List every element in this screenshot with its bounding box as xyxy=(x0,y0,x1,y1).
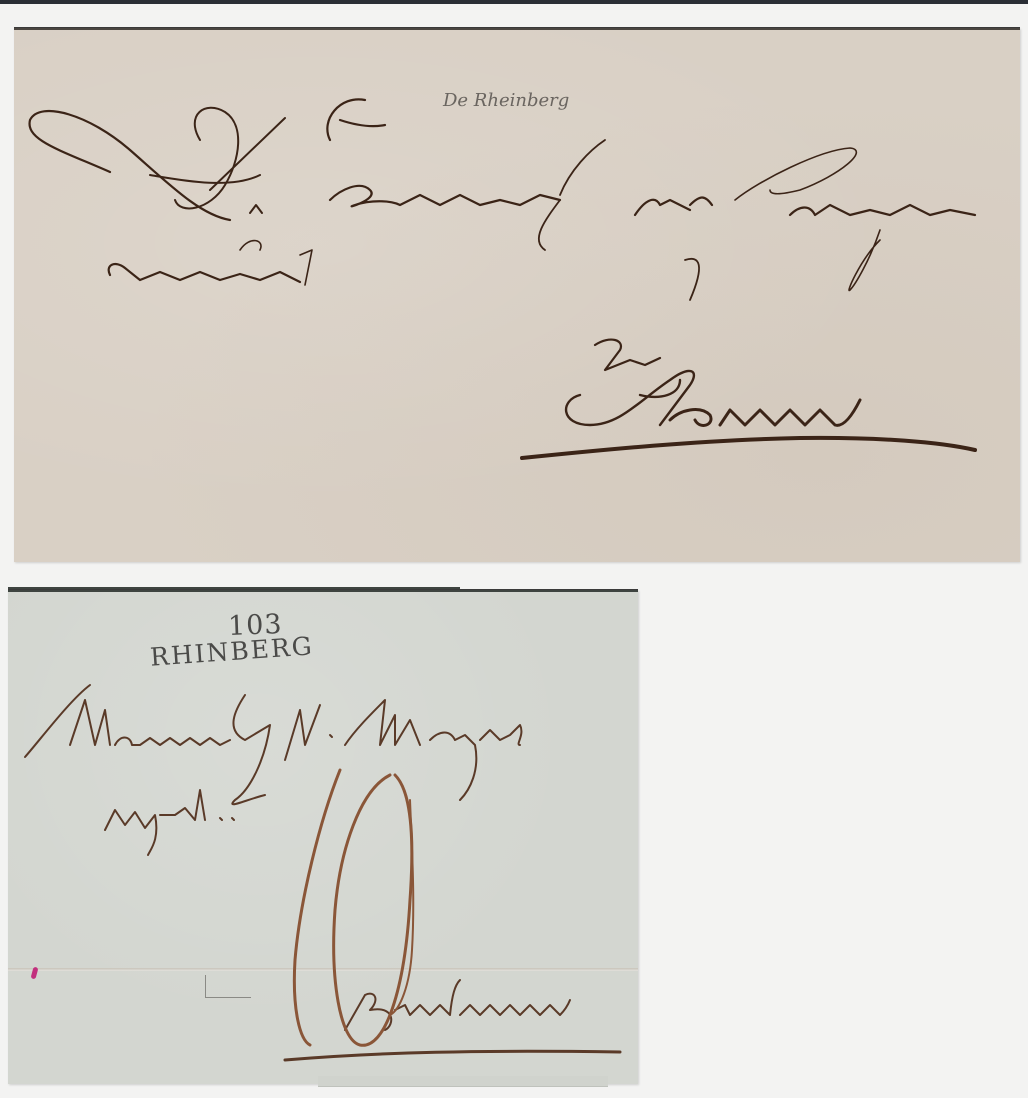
rate-marking-10 xyxy=(0,0,1028,1098)
